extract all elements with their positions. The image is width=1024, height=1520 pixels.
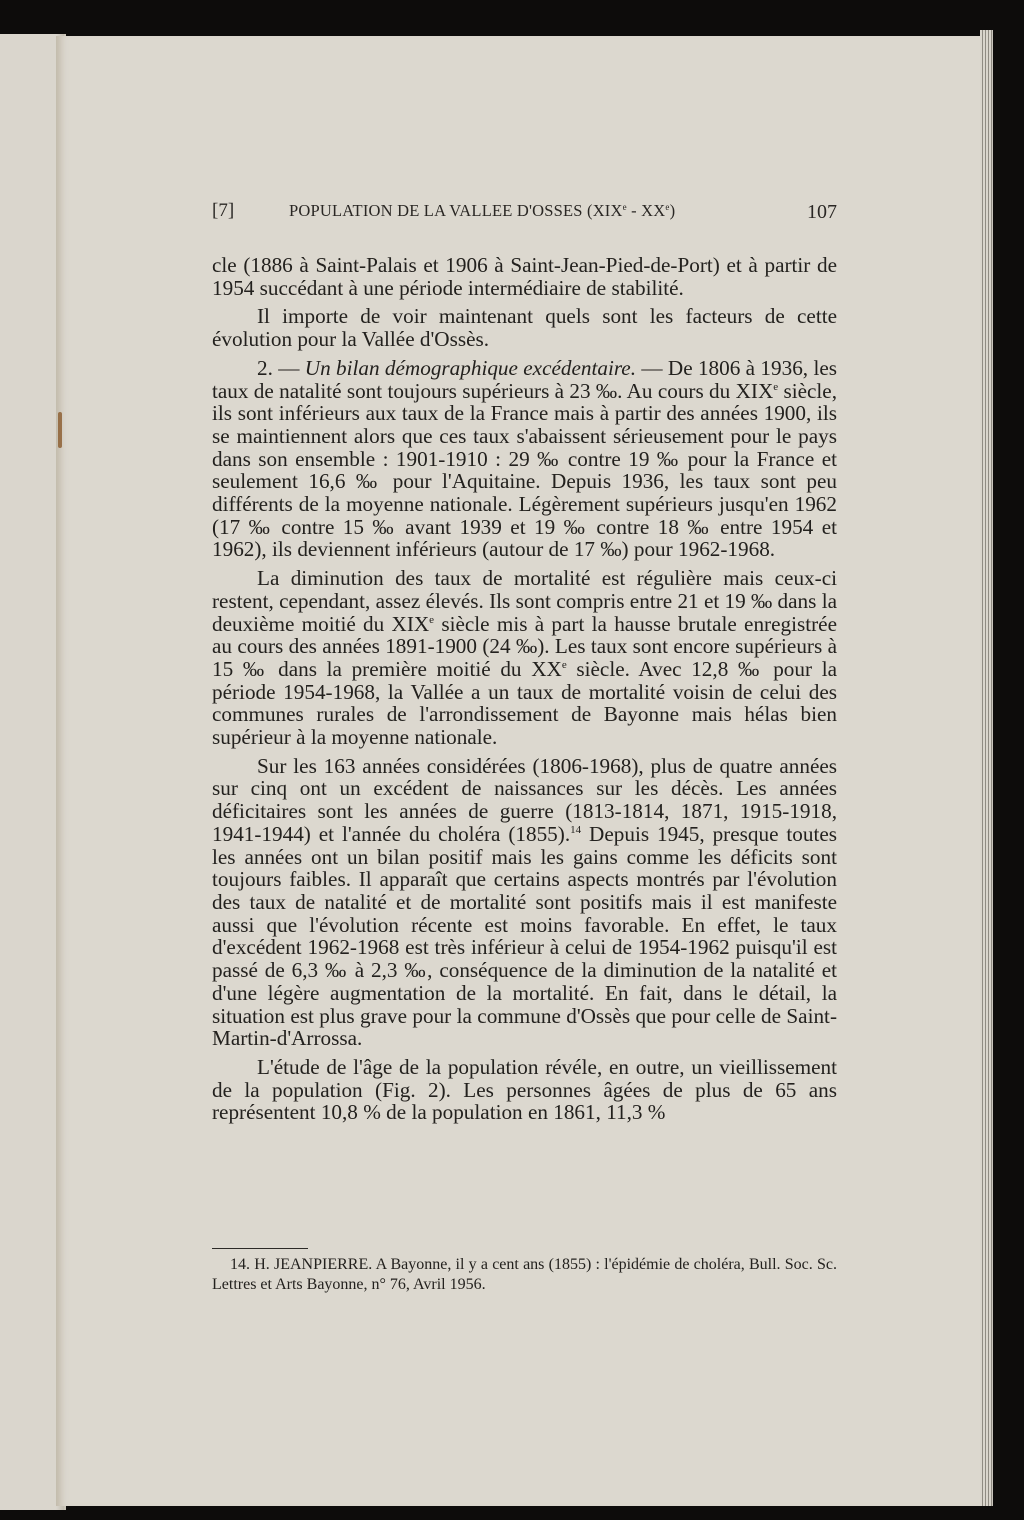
paragraph: La diminution des taux de mortalité est … xyxy=(212,567,837,749)
paragraph-text: siècle, ils sont inférieurs aux taux de … xyxy=(212,379,837,562)
margin-stain xyxy=(58,412,62,448)
footnote-number: 14. xyxy=(230,1256,250,1273)
running-title-text: ) xyxy=(670,201,676,220)
body-text: cle (1886 à Saint-Palais et 1906 à Saint… xyxy=(212,254,837,1124)
running-title-text: POPULATION DE LA VALLEE D'OSSES (XIX xyxy=(289,201,623,220)
section-heading: Un bilan démographique excédentaire. xyxy=(305,356,636,380)
footnote-reference[interactable]: 14 xyxy=(570,824,581,836)
running-title: POPULATION DE LA VALLEE D'OSSES (XIXe - … xyxy=(289,201,675,221)
paragraph-text: Depuis 1945, presque toutes les années o… xyxy=(212,822,837,1050)
section-paragraph: 2. — Un bilan démographique excédentaire… xyxy=(212,357,837,561)
page-stack-edges xyxy=(980,30,993,1506)
footnote-separator xyxy=(212,1248,308,1249)
running-head: [7] POPULATION DE LA VALLEE D'OSSES (XIX… xyxy=(212,200,837,228)
footnotes: 14. H. JEANPIERRE. A Bayonne, il y a cen… xyxy=(212,1255,837,1295)
chapter-folio: [7] xyxy=(212,200,234,222)
paragraph: Il importe de voir maintenant quels sont… xyxy=(212,305,837,350)
footnote-14: 14. H. JEANPIERRE. A Bayonne, il y a cen… xyxy=(212,1255,837,1295)
page-number: 107 xyxy=(807,201,837,224)
section-number: 2. — xyxy=(257,356,305,380)
paragraph: L'étude de l'âge de la population révéle… xyxy=(212,1056,837,1124)
running-title-text: - XX xyxy=(627,201,666,220)
footnote-text: H. JEANPIERRE. A Bayonne, il y a cent an… xyxy=(212,1256,837,1293)
paragraph: Sur les 163 années considérées (1806-196… xyxy=(212,755,837,1050)
paragraph-continuation: cle (1886 à Saint-Palais et 1906 à Saint… xyxy=(212,254,837,299)
